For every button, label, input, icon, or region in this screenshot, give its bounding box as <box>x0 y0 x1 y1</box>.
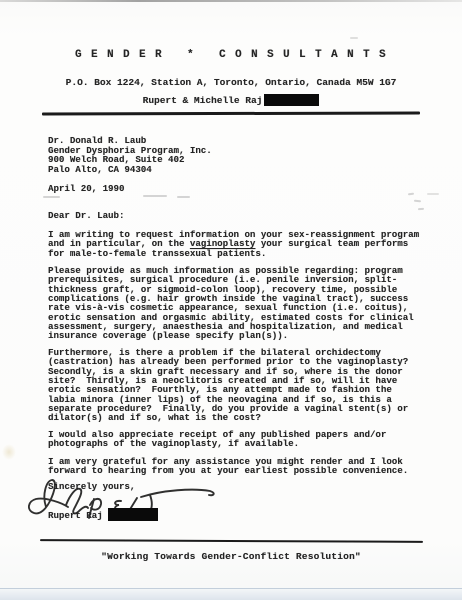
salutation: Dear Dr. Laub: <box>48 211 124 220</box>
letterhead-names: Rupert & Michelle Raj <box>143 95 263 106</box>
scan-smudge <box>418 208 424 210</box>
scan-smudge <box>43 196 60 198</box>
scan-stain <box>2 444 16 460</box>
footer-tagline: "Working Towards Gender-Conflict Resolut… <box>0 551 462 562</box>
letterhead-title: G E N D E R * C O N S U L T A N T S <box>0 49 462 61</box>
letterhead-divider <box>42 112 420 115</box>
scan-smudge <box>143 195 167 197</box>
scan-smudge <box>414 200 421 203</box>
scanned-letter-page: G E N D E R * C O N S U L T A N T S P.O.… <box>0 0 462 600</box>
paragraph-1: I am writing to request information on y… <box>48 230 419 258</box>
recipient-address: Dr. Donald R. Laub Gender Dysphoria Prog… <box>48 136 212 174</box>
paragraph-3: Furthermore, is there a problem if the b… <box>48 348 408 423</box>
scanner-edge-bottom <box>0 588 462 600</box>
scan-smudge <box>408 193 414 196</box>
footer-divider <box>40 539 423 543</box>
letterhead-address: P.O. Box 1224, Station A, Toronto, Ontar… <box>0 77 462 88</box>
paragraph-4: I would also appreciate receipt of any p… <box>48 430 386 449</box>
letterhead-names-row: Rupert & Michelle Raj <box>0 94 462 106</box>
paragraph-5: I am very grateful for any assistance yo… <box>48 457 408 476</box>
scan-smudge <box>177 196 190 198</box>
redaction-bar-signature <box>108 508 158 521</box>
recipient-line: Palo Alto, CA 94304 <box>48 164 152 175</box>
scan-smudge <box>350 37 358 39</box>
signed-name: Rupert Raj <box>48 508 103 521</box>
scanner-edge-top <box>0 0 462 2</box>
date-line: April 20, 1990 <box>48 184 124 193</box>
redaction-bar-header <box>264 94 319 106</box>
scan-smudge <box>427 193 439 195</box>
signature-name-row: Rupert Raj <box>48 508 158 521</box>
paragraph-2: Please provide as much information as po… <box>48 266 414 341</box>
